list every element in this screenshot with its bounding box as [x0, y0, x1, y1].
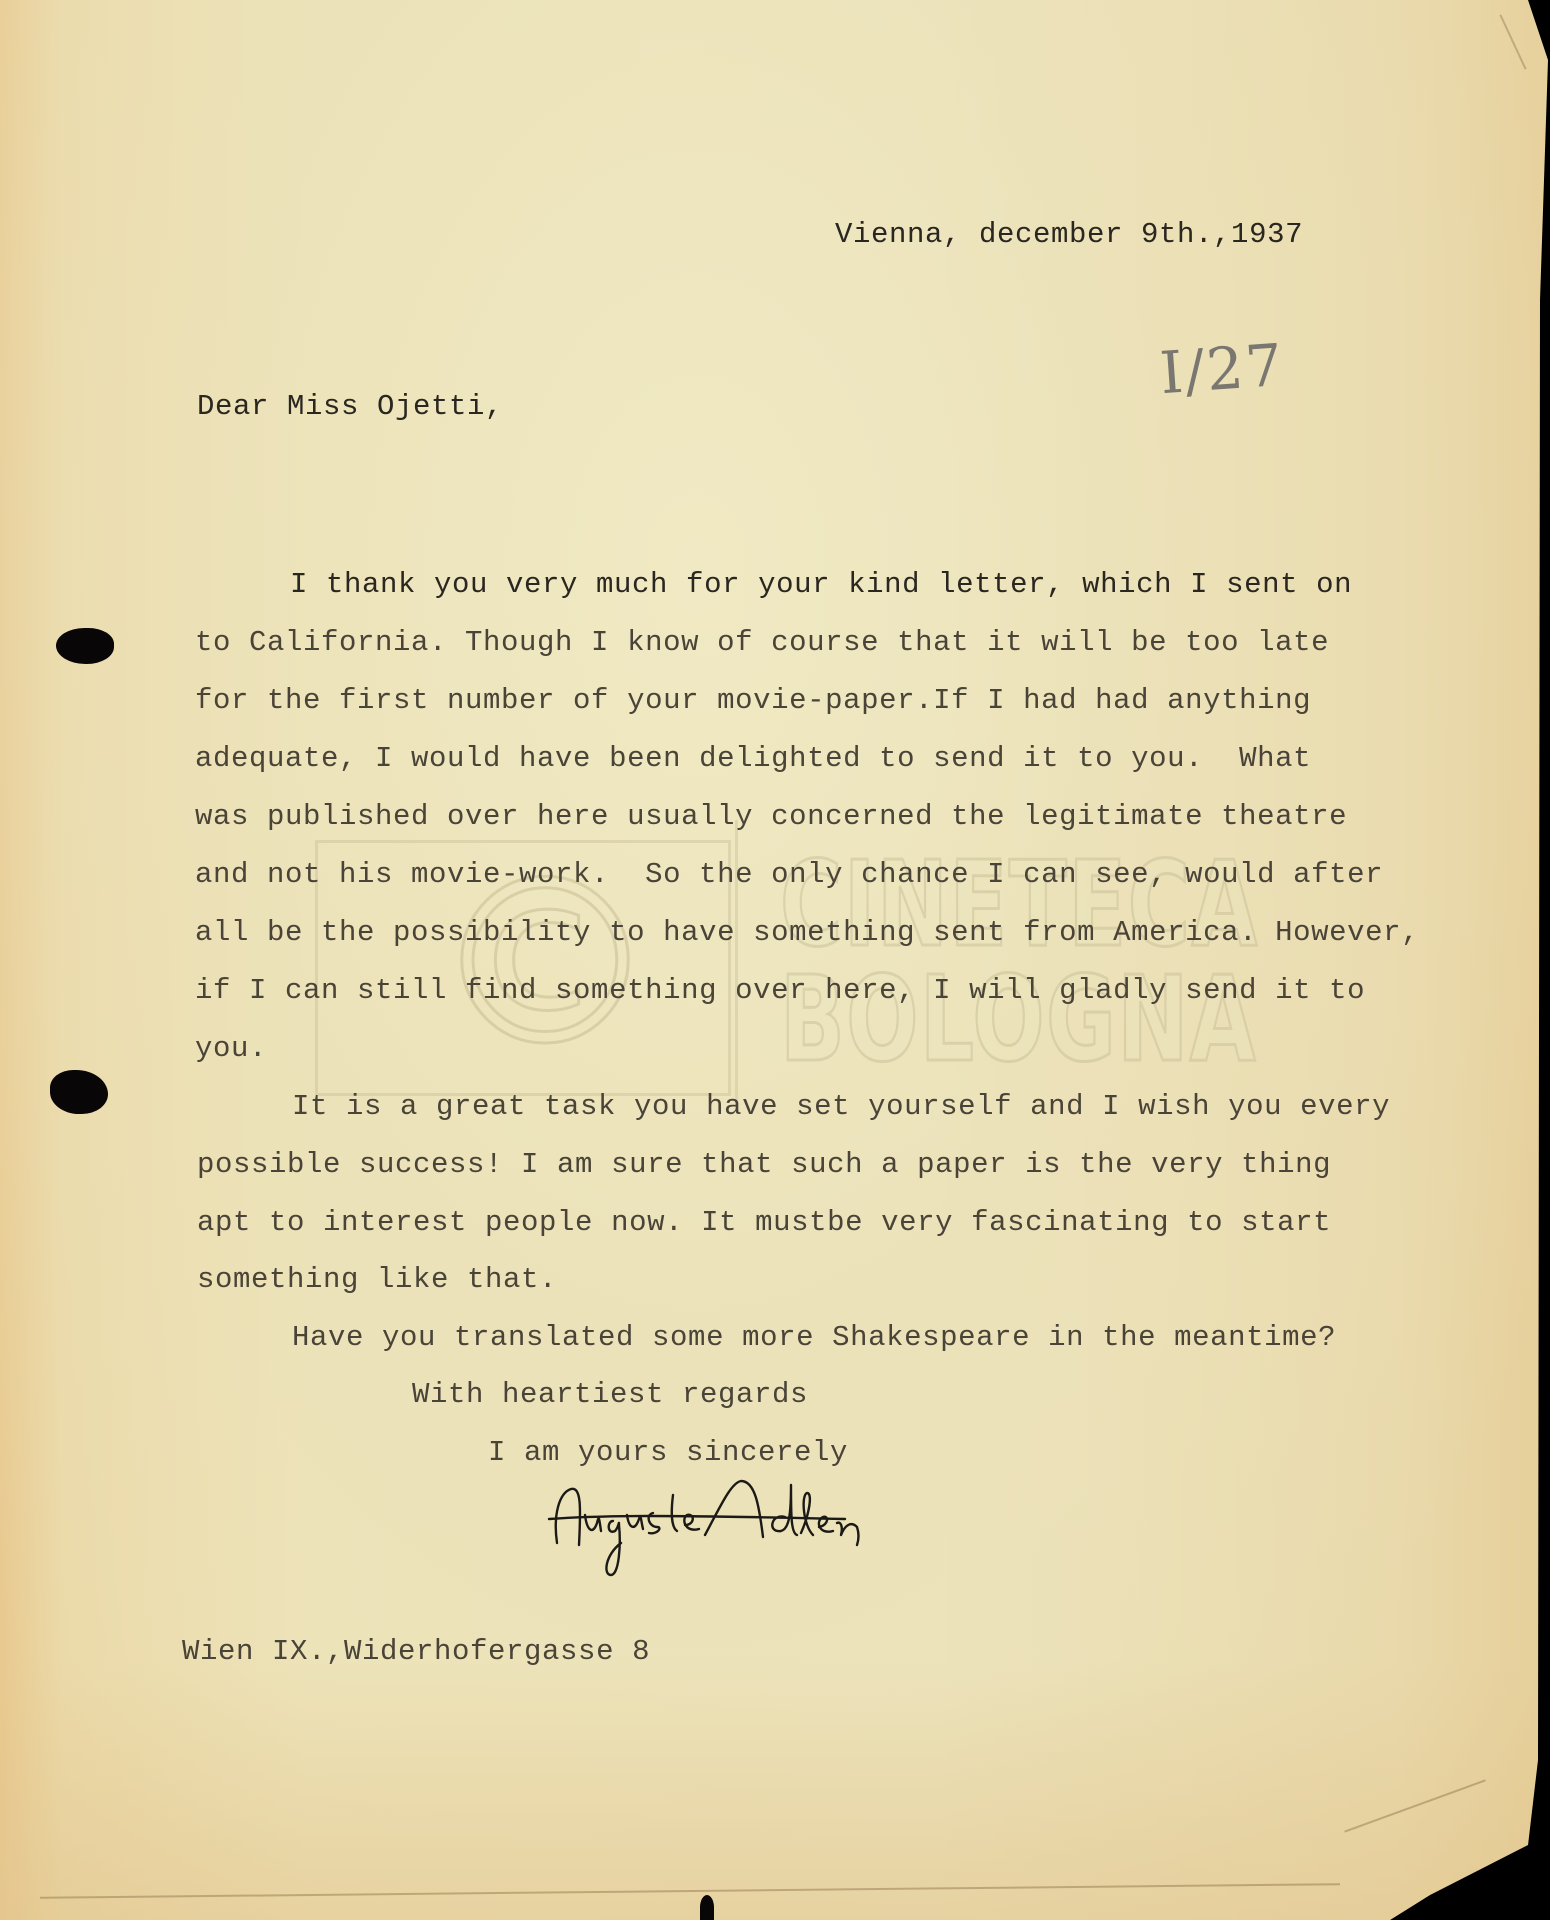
body-line: you.	[195, 1032, 267, 1066]
body-line: apt to interest people now. It mustbe ve…	[197, 1206, 1331, 1240]
body-line: I thank you very much for your kind lett…	[290, 568, 1352, 602]
punch-hole-upper	[56, 628, 114, 664]
body-line: Have you translated some more Shakespear…	[292, 1321, 1336, 1355]
body-line: and not his movie-work. So the only chan…	[195, 858, 1383, 892]
body-line: possible success! I am sure that such a …	[197, 1148, 1331, 1182]
body-line: It is a great task you have set yourself…	[292, 1090, 1390, 1124]
body-line: all be the possibility to have something…	[195, 916, 1419, 950]
paper-nick-bottom	[700, 1895, 714, 1920]
closing-regards: With heartiest regards	[412, 1378, 808, 1412]
closing-sincerely: I am yours sincerely	[488, 1436, 848, 1470]
punch-hole-lower	[50, 1070, 108, 1114]
sender-address: Wien IX.,Widerhofergasse 8	[182, 1635, 650, 1669]
body-line: to California. Though I know of course t…	[195, 626, 1329, 660]
dateline: Vienna, december 9th.,1937	[835, 218, 1303, 252]
letter-paper	[0, 0, 1550, 1920]
body-line: was published over here usually concerne…	[195, 800, 1347, 834]
body-line: for the first number of your movie-paper…	[195, 684, 1311, 718]
body-line: adequate, I would have been delighted to…	[195, 742, 1311, 776]
body-line: if I can still find something over here,…	[195, 974, 1365, 1008]
body-line: something like that.	[197, 1263, 557, 1297]
handwritten-signature	[545, 1475, 935, 1585]
archive-annotation: I/27	[1158, 331, 1287, 408]
salutation: Dear Miss Ojetti,	[197, 390, 503, 424]
